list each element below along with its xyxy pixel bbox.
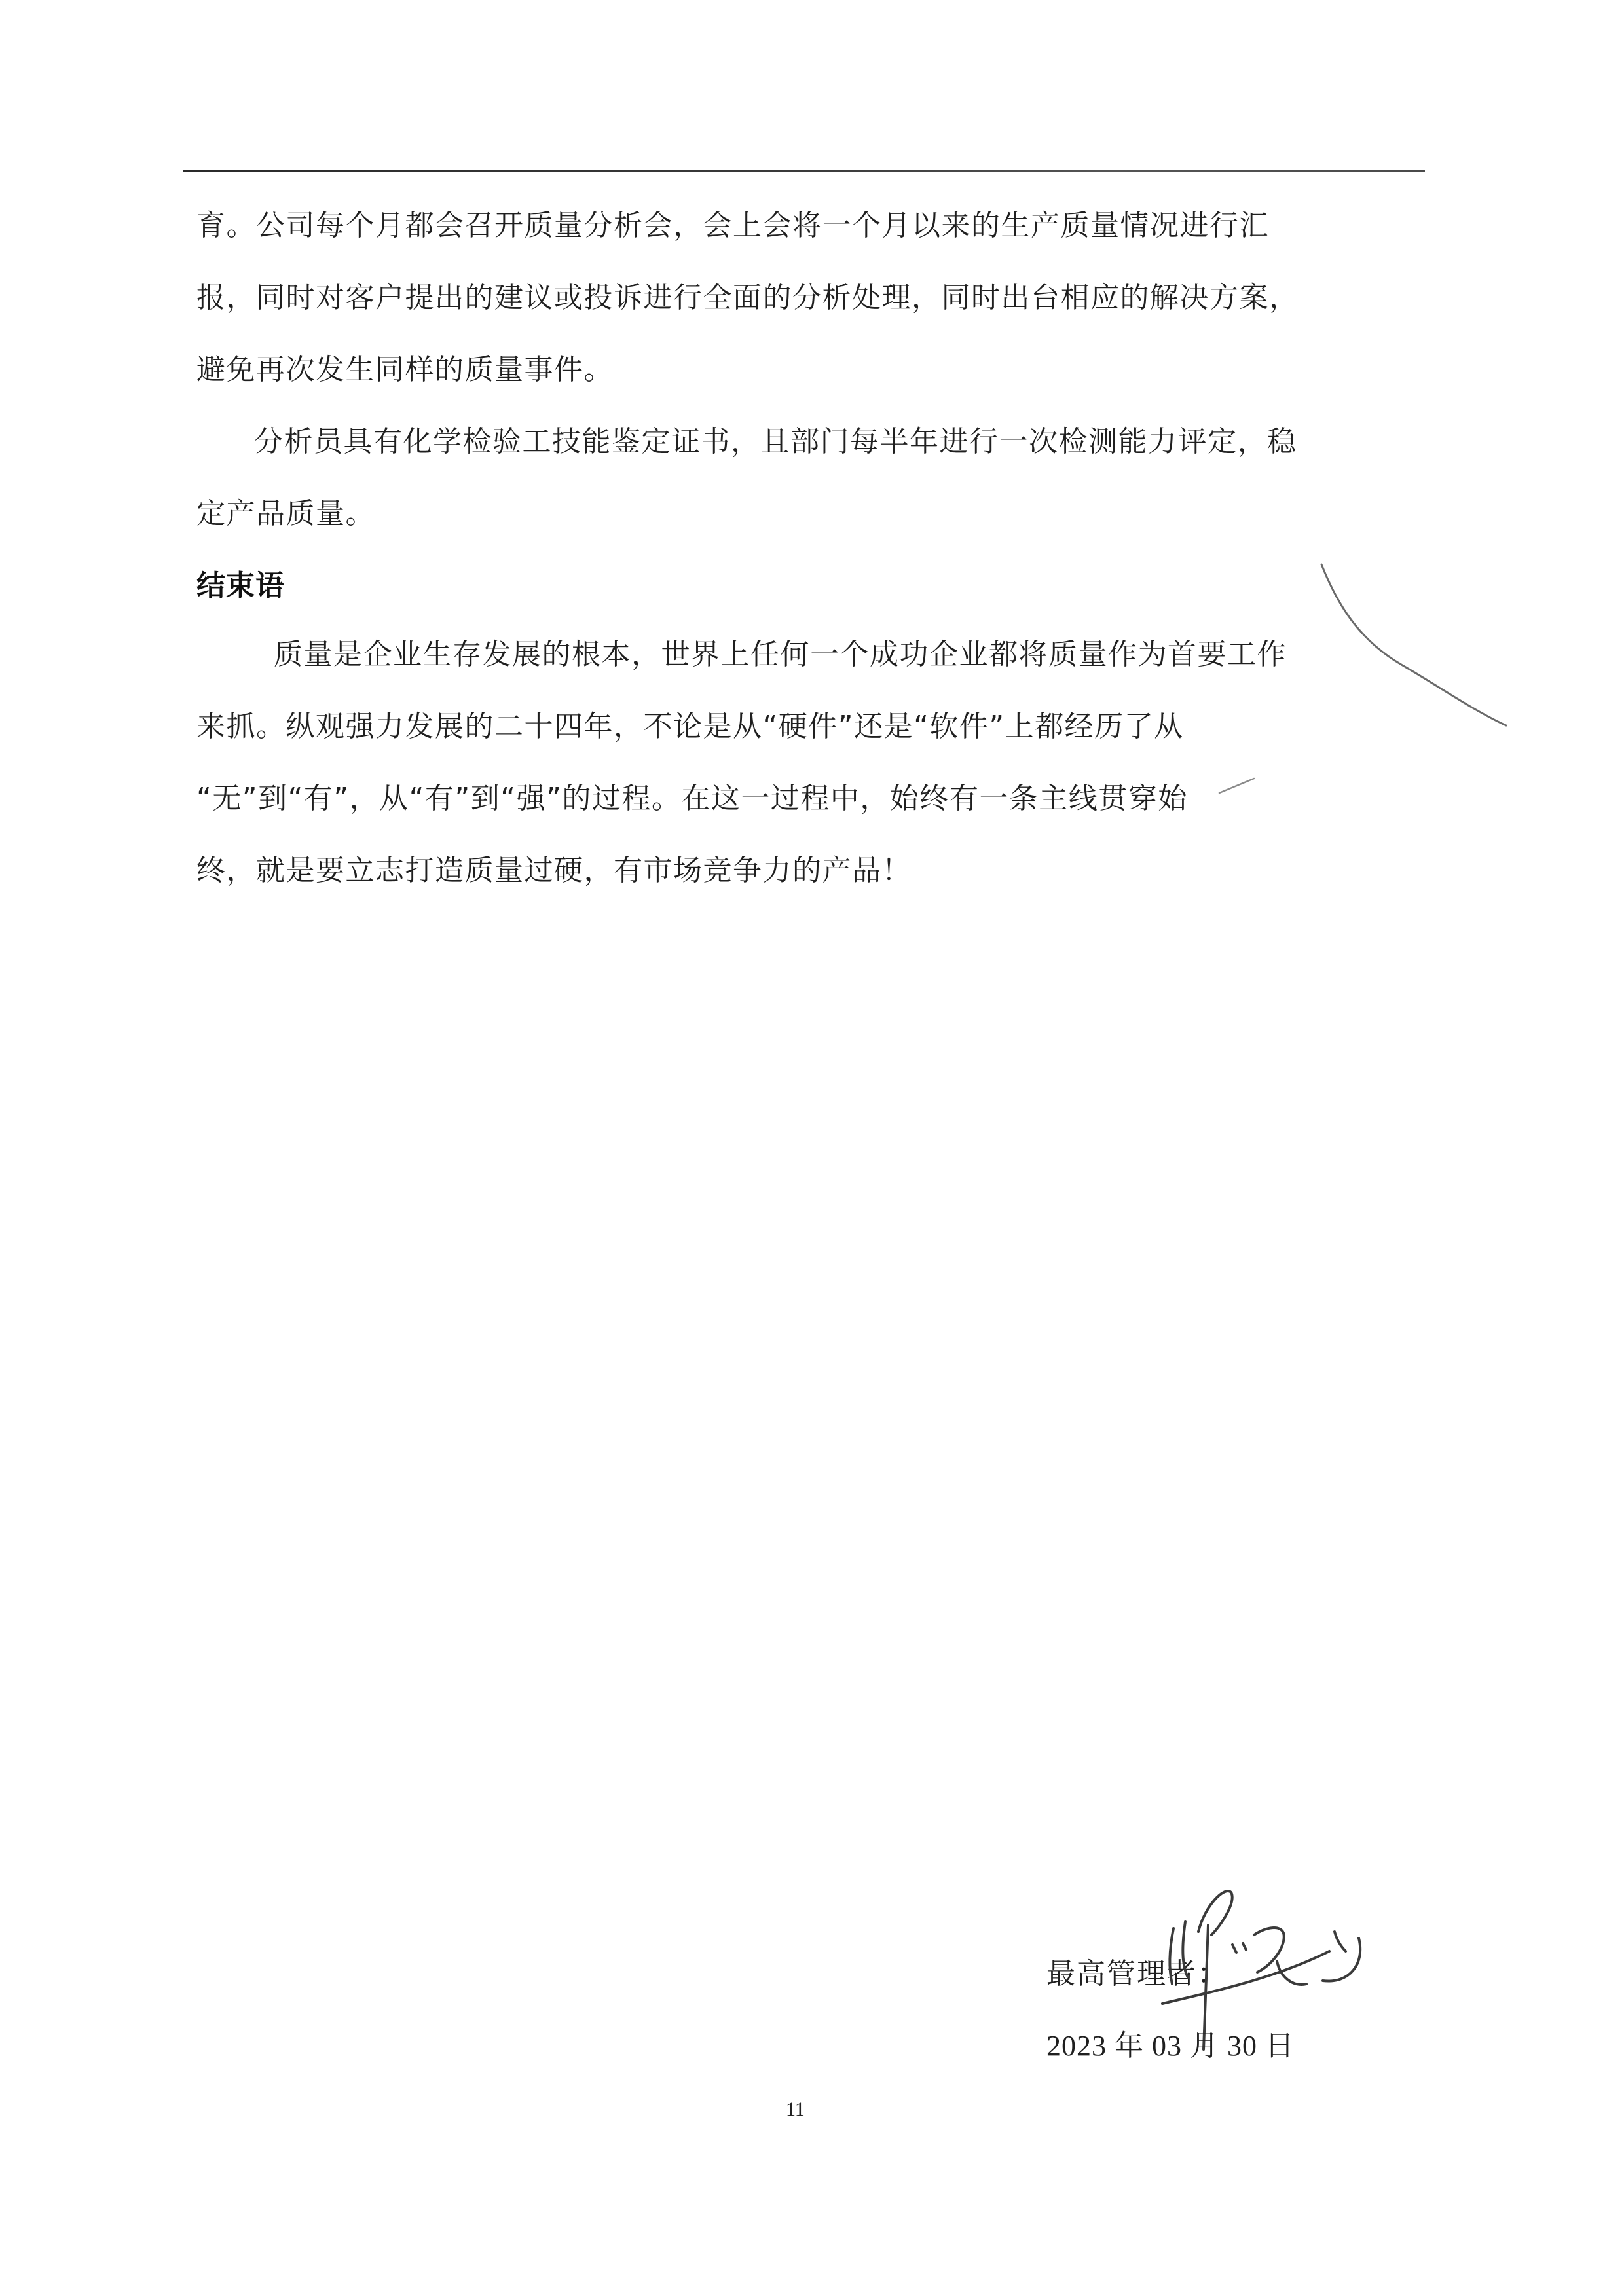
- document-page: 育。公司每个月都会召开质量分析会，会上会将一个月以来的生产质量情况进行汇 报，同…: [0, 0, 1624, 2295]
- text-line: 分析员具有化学检验工技能鉴定证书，且部门每半年进行一次检测能力评定，稳: [196, 406, 1441, 478]
- text-line: 来抓。纵观强力发展的二十四年，不论是从“硬件”还是“软件”上都经历了从: [196, 691, 1441, 763]
- pen-tick-icon: [1218, 776, 1257, 796]
- text-line: 定产品质量。: [196, 478, 1441, 550]
- text-line: 避免再次发生同样的质量事件。: [196, 334, 1441, 406]
- text-line: 终，就是要立志打造质量过硬，有市场竞争力的产品！: [196, 835, 1441, 907]
- text-line: 报，同时对客户提出的建议或投诉进行全面的分析处理，同时出台相应的解决方案，: [196, 262, 1441, 334]
- paragraph-analyst-certification: 分析员具有化学检验工技能鉴定证书，且部门每半年进行一次检测能力评定，稳 定产品质…: [196, 406, 1441, 550]
- page-number: 11: [786, 2099, 805, 2121]
- closing-heading: 结束语: [196, 562, 285, 604]
- text-line: 质量是企业生存发展的根本，世界上任何一个成功企业都将质量作为首要工作: [196, 619, 1441, 691]
- paragraph-closing: 质量是企业生存发展的根本，世界上任何一个成功企业都将质量作为首要工作 来抓。纵观…: [196, 619, 1441, 907]
- pen-mark-icon: [1310, 550, 1526, 740]
- paragraph-quality-meeting: 育。公司每个月都会召开质量分析会，会上会将一个月以来的生产质量情况进行汇 报，同…: [196, 190, 1441, 406]
- text-line: “无”到“有”，从“有”到“强”的过程。在这一过程中，始终有一条主线贯穿始: [196, 763, 1441, 835]
- signature-date: 2023 年 03 月 30 日: [1046, 2022, 1295, 2064]
- text-line: 育。公司每个月都会召开质量分析会，会上会将一个月以来的生产质量情况进行汇: [196, 190, 1441, 262]
- header-rule: [183, 170, 1425, 172]
